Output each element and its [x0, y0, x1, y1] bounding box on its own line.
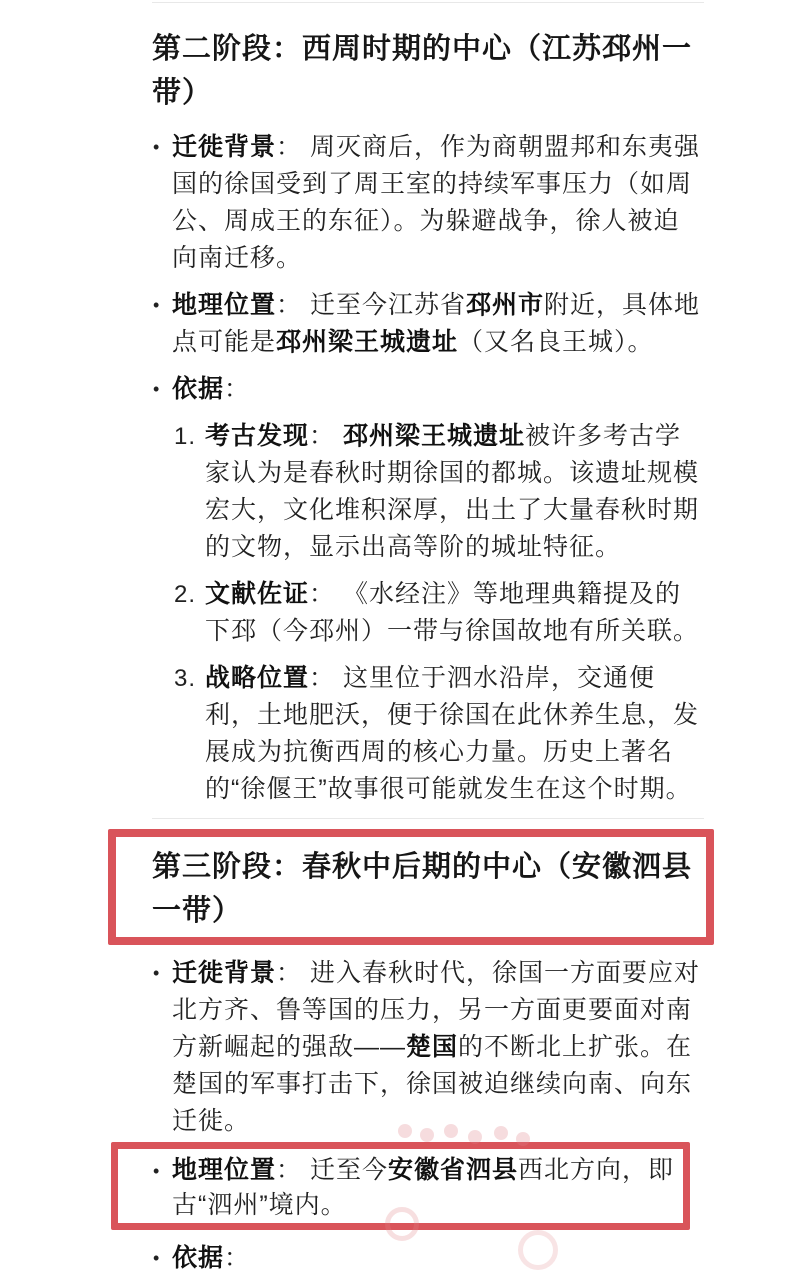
number-marker: 1.	[174, 418, 196, 455]
text-run: ：	[309, 422, 343, 450]
list-item-text: 迁徙背景： 周灭商后，作为商朝盟邦和东夷强国的徐国受到了周王室的持续军事压力（如…	[172, 133, 700, 272]
text-run: ： 迁至今	[276, 1156, 388, 1184]
highlight-box: •地理位置： 迁至今安徽省泗县西北方向，即古“泗州”境内。	[111, 1142, 690, 1230]
list-item: •迁徙背景： 周灭商后，作为商朝盟邦和东夷强国的徐国受到了周王室的持续军事压力（…	[152, 129, 704, 277]
text-run: ：	[224, 375, 250, 403]
list-item-text: 依据：	[172, 375, 250, 403]
bold-text: 文献佐证	[205, 580, 309, 608]
list-item: •迁徙背景： 进入春秋时代，徐国一方面要应对北方齐、鲁等国的压力，另一方面更要面…	[152, 955, 704, 1140]
list-item: 1.考古发现： 邳州梁王城遗址被许多考古学家认为是春秋时期徐国的都城。该遗址规模…	[152, 418, 704, 566]
list-item-text: 地理位置： 迁至今安徽省泗县西北方向，即古“泗州”境内。	[172, 1156, 674, 1219]
highlight-box: 第三阶段：春秋中后期的中心（安徽泗县一带）	[108, 829, 714, 945]
list-item-text: 考古发现： 邳州梁王城遗址被许多考古学家认为是春秋时期徐国的都城。该遗址规模宏大…	[205, 422, 699, 561]
bold-text: 迁徙背景	[172, 133, 276, 161]
list-item-text: 战略位置： 这里位于泗水沿岸，交通便利，土地肥沃，便于徐国在此休养生息，发展成为…	[205, 664, 699, 803]
section-divider	[152, 818, 704, 819]
document-page: 第二阶段：西周时期的中心（江苏邳州一带）•迁徙背景： 周灭商后，作为商朝盟邦和东…	[0, 2, 787, 1280]
bullet-marker: •	[153, 371, 160, 408]
bold-text: 安徽省泗县	[388, 1156, 518, 1184]
document-body: 第二阶段：西周时期的中心（江苏邳州一带）•迁徙背景： 周灭商后，作为商朝盟邦和东…	[152, 2, 704, 1277]
bullet-marker: •	[153, 1153, 160, 1190]
list-item: •地理位置： 迁至今江苏省邳州市附近，具体地点可能是邳州梁王城遗址（又名良王城）…	[152, 287, 704, 361]
bold-text: 第三阶段：春秋中后期的中心（安徽泗县一带）	[152, 851, 692, 927]
list-item: 2.文献佐证： 《水经注》等地理典籍提及的下邳（今邳州）一带与徐国故地有所关联。	[152, 576, 704, 650]
section-divider	[152, 2, 704, 3]
bold-text: 考古发现	[205, 422, 309, 450]
list-item: •地理位置： 迁至今安徽省泗县西北方向，即古“泗州”境内。	[152, 1153, 679, 1223]
bullet-marker: •	[153, 287, 160, 324]
bold-text: 邳州梁王城遗址	[343, 422, 525, 450]
bold-text: 战略位置	[205, 664, 309, 692]
text-run: ：	[224, 1244, 250, 1272]
bullet-marker: •	[153, 955, 160, 992]
bold-text: 地理位置	[172, 291, 276, 319]
list-item-text: 迁徙背景： 进入春秋时代，徐国一方面要应对北方齐、鲁等国的压力，另一方面更要面对…	[172, 959, 700, 1135]
list-item: •依据：	[152, 371, 704, 408]
number-marker: 2.	[174, 576, 196, 613]
bold-text: 邳州市	[466, 291, 544, 319]
list-item-text: 文献佐证： 《水经注》等地理典籍提及的下邳（今邳州）一带与徐国故地有所关联。	[205, 580, 699, 645]
list-item-text: 地理位置： 迁至今江苏省邳州市附近，具体地点可能是邳州梁王城遗址（又名良王城）。	[172, 291, 700, 356]
list-item: •依据：	[152, 1240, 704, 1277]
number-marker: 3.	[174, 660, 196, 697]
bullet-marker: •	[153, 1240, 160, 1277]
bold-text: 依据	[172, 1244, 224, 1272]
text-run: ： 迁至今江苏省	[276, 291, 466, 319]
bold-text: 第二阶段：西周时期的中心（江苏邳州一带）	[152, 33, 692, 109]
bold-text: 依据	[172, 375, 224, 403]
bold-text: 邳州梁王城遗址	[276, 328, 458, 356]
list-item: 3.战略位置： 这里位于泗水沿岸，交通便利，土地肥沃，便于徐国在此休养生息，发展…	[152, 660, 704, 808]
bold-text: 迁徙背景	[172, 959, 276, 987]
text-run: （又名良王城）。	[458, 328, 654, 356]
section-heading: 第三阶段：春秋中后期的中心（安徽泗县一带）	[152, 845, 698, 933]
list-item-text: 依据：	[172, 1244, 250, 1272]
bullet-marker: •	[153, 129, 160, 166]
bold-text: 地理位置	[172, 1156, 276, 1184]
section-heading: 第二阶段：西周时期的中心（江苏邳州一带）	[152, 27, 704, 115]
bold-text: 楚国	[406, 1033, 458, 1061]
